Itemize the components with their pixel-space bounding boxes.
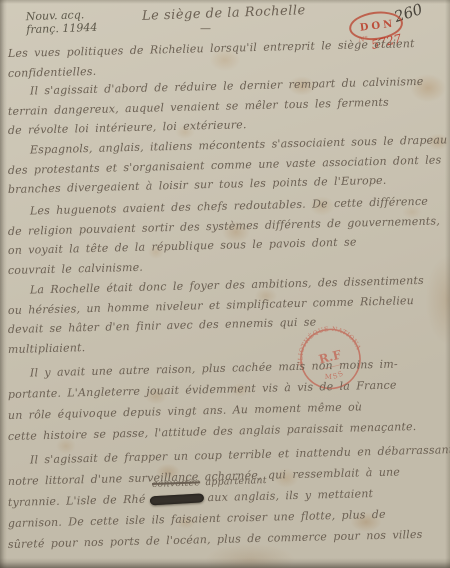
- manuscript-line-pre: tyrannie. L'isle de Rhé: [8, 493, 146, 509]
- paragraph-7: Il s'agissait de frapper un coup terribl…: [8, 450, 444, 555]
- page-edge-top: [0, 0, 450, 4]
- paragraph-6: Il y avait une autre raison, plus cachée…: [8, 363, 444, 447]
- inserted-word: appartenant: [205, 475, 267, 488]
- paragraph-3: Espagnols, anglais, italiens mécontents …: [8, 141, 444, 200]
- page-edge-bottom: [0, 558, 450, 568]
- struck-word: convoitée: [152, 477, 201, 490]
- paragraph-4: Les huguenots avaient des chefs redoutab…: [8, 202, 444, 280]
- manuscript-line-post: aux anglais, ils y mettaient: [207, 487, 373, 504]
- title-dash: —: [200, 22, 211, 35]
- shelfmark: Nouv. acq. franç. 11944: [26, 8, 98, 36]
- manuscript-page: Nouv. acq. franç. 11944 Le siège de la R…: [0, 0, 450, 568]
- ink-scribble-strikeout: [149, 493, 203, 505]
- page-title: Le siège de la Rochelle: [142, 3, 306, 24]
- page-edge-right: [445, 0, 450, 568]
- don-stamp-label: DON: [356, 18, 396, 34]
- page-edge-left: [0, 0, 7, 568]
- paragraph-5: La Rochelle était donc le foyer des ambi…: [8, 281, 444, 359]
- shelfmark-line2: franç. 11944: [26, 21, 98, 36]
